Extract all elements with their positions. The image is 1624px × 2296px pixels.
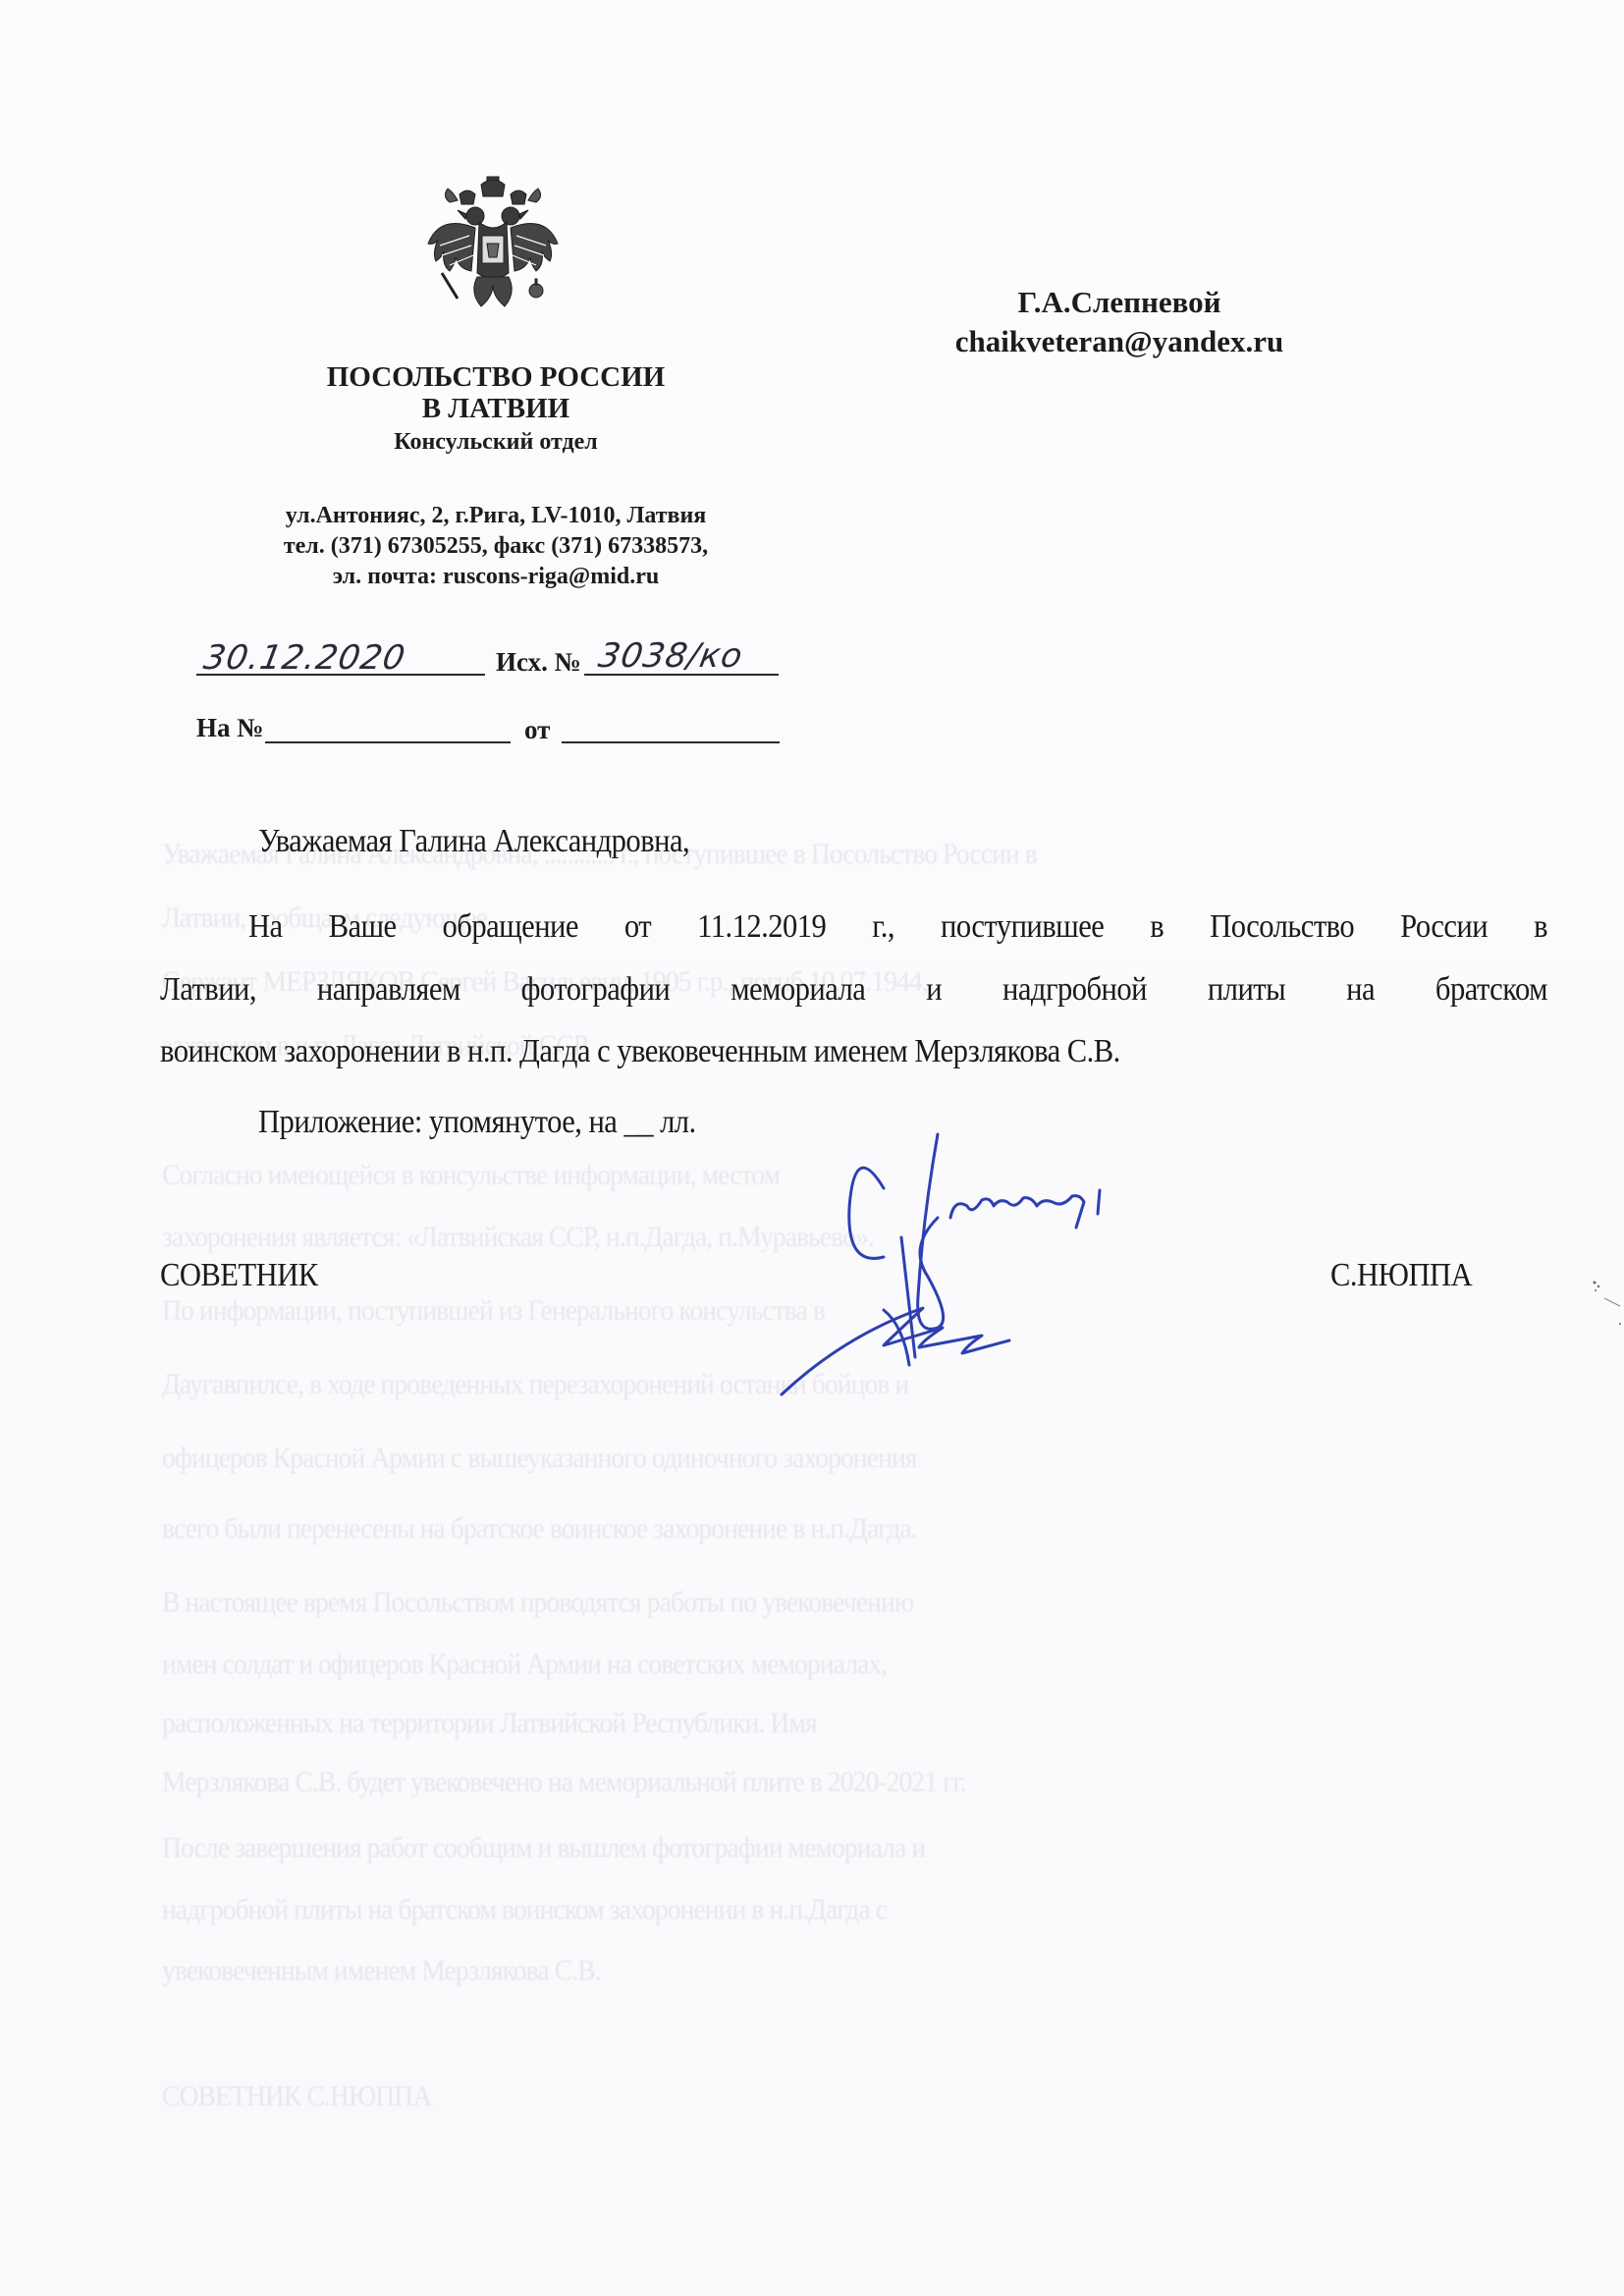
handwritten-signature — [687, 1100, 1394, 1414]
ghost-line: После завершения работ сообщим и вышлем … — [162, 1831, 1435, 1865]
ghost-line: захоронения является: «Латвийская ССР, н… — [162, 1221, 1435, 1254]
outgoing-number-label: Исх. № — [496, 647, 581, 678]
paragraph-line-2: Латвии, направляем фотографии мемориала … — [160, 971, 1547, 1009]
ghost-line: Согласно имеющейся в консульстве информа… — [162, 1159, 1435, 1192]
outgoing-number-handwritten: 3038/ко — [595, 636, 745, 676]
from-field — [562, 712, 780, 743]
paragraph-line-3: воинском захоронении в н.п. Дагда с увек… — [160, 1033, 1120, 1070]
ghost-line: увековеченным именем Мерзлякова С.В. — [162, 1954, 1435, 1988]
attachment-note: Приложение: упомянутое, на __ лл. — [258, 1104, 696, 1141]
ghost-line: имен солдат и офицеров Красной Армии на … — [162, 1648, 1435, 1681]
embassy-name-line1: ПОСОЛЬСТВО РОССИИ — [187, 361, 805, 393]
ghost-line: СОВЕТНИК С.НЮППА — [162, 2080, 1435, 2113]
from-label: от — [524, 715, 550, 745]
ghost-line: Мерзлякова С.В. будет увековечено на мем… — [162, 1766, 1435, 1799]
ghost-line: Даугавпилсе, в ходе проведенных перезахо… — [162, 1368, 1435, 1401]
embassy-email: эл. почта: ruscons-riga@mid.ru — [187, 562, 805, 592]
letter-page: Уважаемая Галина Александровна, ........… — [0, 0, 1624, 2296]
reply-to-label: На № — [196, 713, 263, 743]
addressee-name: Г.А.Слепневой — [864, 283, 1375, 322]
ghost-line: надгробной плиты на братском воинском за… — [162, 1893, 1435, 1927]
salutation: Уважаемая Галина Александровна, — [258, 823, 689, 860]
reply-to-field — [265, 712, 511, 743]
embassy-address: ул.Антонияс, 2, г.Рига, LV-1010, Латвия — [187, 501, 805, 531]
paragraph-line-1: На Ваше обращение от 11.12.2019 г., пост… — [160, 908, 1547, 946]
date-handwritten: 30.12.2020 — [200, 638, 408, 678]
signatory-name: С.НЮППА — [1330, 1257, 1472, 1294]
ghost-line: В настоящее время Посольством проводятся… — [162, 1586, 1435, 1619]
scan-specks — [1591, 1277, 1624, 1336]
embassy-contacts: ул.Антонияс, 2, г.Рига, LV-1010, Латвия … — [187, 501, 805, 592]
signatory-title: СОВЕТНИК — [160, 1257, 318, 1294]
embassy-phone-fax: тел. (371) 67305255, факс (371) 67338573… — [187, 531, 805, 562]
department-name: Консульский отдел — [187, 428, 805, 456]
coat-of-arms-icon — [420, 175, 566, 312]
ghost-line: По информации, поступившей из Генерально… — [162, 1294, 1435, 1328]
ghost-line: расположенных на территории Латвийской Р… — [162, 1707, 1435, 1740]
embassy-name: ПОСОЛЬСТВО РОССИИ В ЛАТВИИ — [187, 361, 805, 424]
addressee-email: chaikveteran@yandex.ru — [864, 322, 1375, 361]
addressee-block: Г.А.Слепневой chaikveteran@yandex.ru — [864, 283, 1375, 361]
ghost-line: всего были перенесены на братское воинск… — [162, 1512, 1435, 1546]
ghost-line: офицеров Красной Армии с вышеуказанного … — [162, 1442, 1435, 1475]
embassy-name-line2: В ЛАТВИИ — [187, 393, 805, 424]
